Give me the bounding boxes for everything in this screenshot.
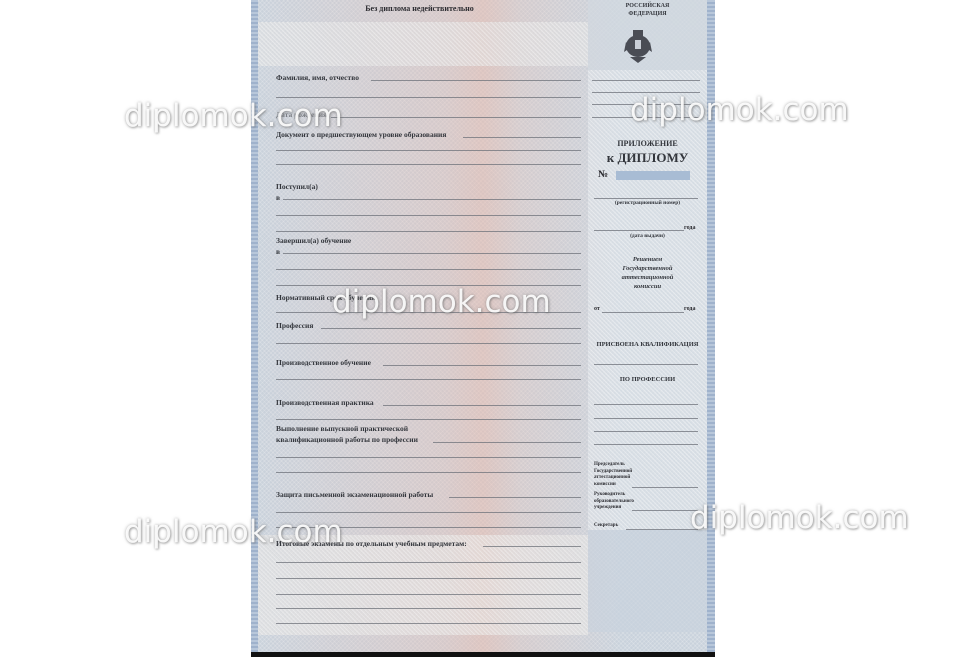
page-border-left [251,0,258,652]
diploma-appendix-page: Без диплома недействительно Фамилия, имя… [251,0,715,652]
field-line [276,343,581,344]
country-name-line1: РОССИЙСКАЯ [588,3,707,9]
page-border-right [707,0,715,652]
field-label-birth-date: Дата рождения [276,110,327,119]
number-sign: № [598,169,608,180]
registration-number-field [616,171,690,180]
field-line [276,623,581,624]
field-line [276,215,581,216]
field-line [371,80,581,81]
field-line [276,608,581,609]
chairman-signature-label: Председатель Государственной аттестацион… [594,462,632,488]
field-line [331,117,581,118]
field-line [276,231,581,232]
field-line [383,405,581,406]
qualification-label: ПРИСВОЕНА КВАЛИФИКАЦИЯ [588,341,707,348]
field-label-written-exam-defense: Защита письменной экзаменационной работы [276,490,433,499]
field-line [276,285,581,286]
field-line [283,253,581,254]
watermark: diplomok.com [690,500,909,536]
appendix-title-line2: к ДИПЛОМУ [588,150,707,166]
field-line [276,269,581,270]
top-security-band [258,22,588,66]
field-line [276,419,581,420]
from-prefix: от [594,306,600,312]
decision-line2: Государственной [588,265,707,272]
field-line [276,150,581,151]
decision-line3: аттестационной [588,274,707,281]
field-line [463,137,581,138]
decision-line4: комиссии [588,283,707,290]
bottom-security-band [258,535,588,635]
field-line [276,562,581,563]
year-suffix-2: года [684,306,695,312]
field-label-prior-education: Документ о предшествующем уровне образов… [276,130,446,139]
field-line [449,497,581,498]
field-line [276,472,581,473]
field-line [321,328,581,329]
registration-number-caption: (регистрационный номер) [588,200,707,206]
field-line [276,164,581,165]
field-label-completed: Завершил(а) обучение [276,236,351,245]
field-line [276,312,581,313]
field-line [433,442,581,443]
field-line [283,199,581,200]
secretary-label: Секретарь [594,523,618,528]
field-line [276,97,581,98]
appendix-title-line1: ПРИЛОЖЕНИЕ [588,139,707,148]
field-label-final-work-line2: квалификационной работы по профессии [276,435,418,444]
coat-of-arms-icon [624,26,652,64]
scan-bottom-edge [251,652,715,657]
issue-date-caption: (дата выдачи) [588,233,707,239]
field-sublabel-completed-in: в [276,247,280,256]
field-line [276,379,581,380]
signature-line [632,510,698,511]
field-label-industrial-practice: Производственная практика [276,398,374,407]
field-line [383,365,581,366]
field-line [276,594,581,595]
field-label-study-duration: Нормативный срок обучения [276,293,375,302]
right-column: РОССИЙСКАЯ ФЕДЕРАЦИЯ ПРИЛОЖЕНИЕ к ДИПЛОМ… [588,0,707,652]
field-label-full-name: Фамилия, имя, отчество [276,73,359,82]
field-sublabel-enrolled-in: в [276,193,280,202]
decision-line1: Решением [588,256,707,263]
year-suffix: года [684,225,695,231]
field-line [276,527,581,528]
field-label-final-work-line1: Выполнение выпускной практической [276,424,408,433]
field-label-final-exams: Итоговые экзамены по отдельным учебным п… [276,539,467,548]
field-line [276,457,581,458]
field-line [276,578,581,579]
field-line [483,546,581,547]
signature-line [632,487,698,488]
field-label-enrolled: Поступил(а) [276,182,318,191]
field-line [276,512,581,513]
field-label-industrial-training: Производственное обучение [276,358,371,367]
head-signature-label: Руководитель образовательного учреждения [594,492,634,512]
field-label-profession: Профессия [276,321,313,330]
header-notice: Без диплома недействительно [251,4,588,13]
country-name-line2: ФЕДЕРАЦИЯ [588,11,707,17]
profession-label: ПО ПРОФЕССИИ [588,376,707,383]
signature-line [626,529,698,530]
